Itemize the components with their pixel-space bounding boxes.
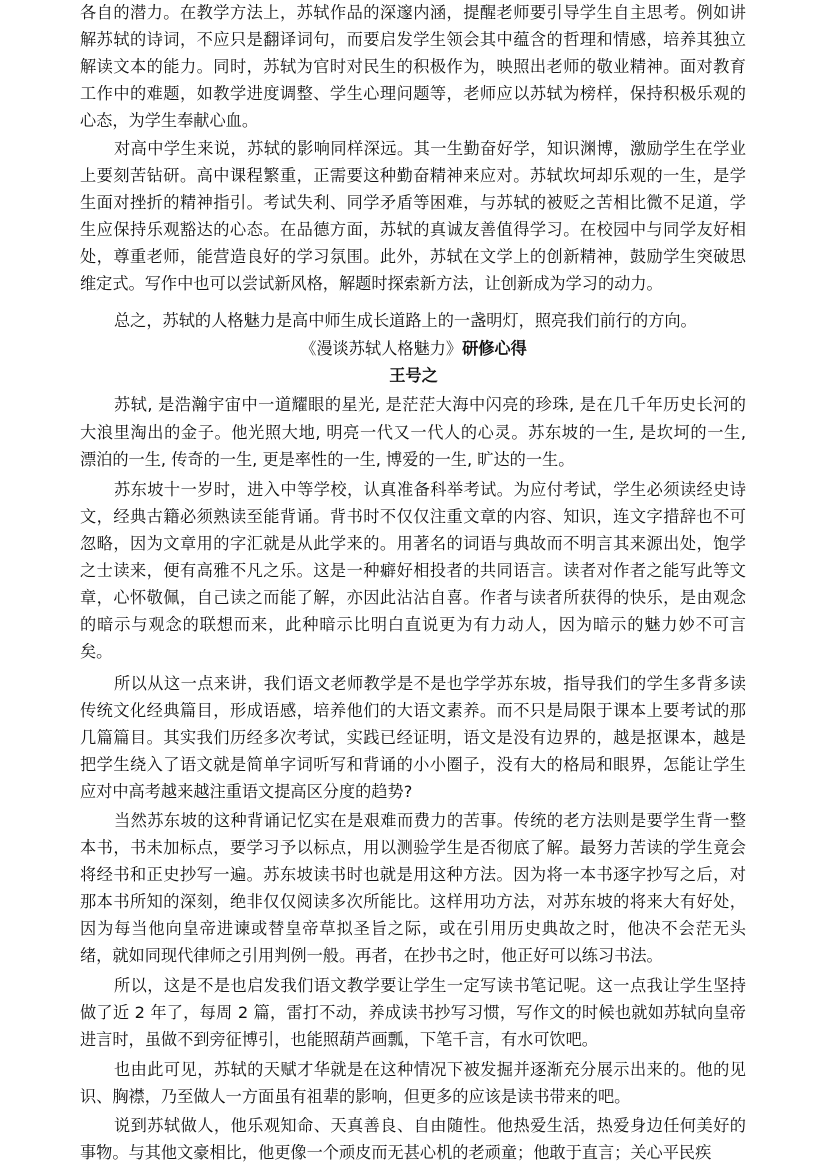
title-regular: 《漫谈苏轼人格魅力》 <box>300 339 462 358</box>
text-line: 绪，就如同现代律师之引用判例一般。再者，在抄书之时，他正好可以练习书法。 <box>80 943 746 969</box>
text-line: 做了近 2 年了，每周 2 篇，雷打不动，养成读书抄写习惯，写作文的时候也就如苏… <box>80 1000 746 1026</box>
text-line: 本书，书未加标点，要学习予以标点，用以测验学生是否彻底了解。最努力苦读的学生竟会 <box>80 835 746 861</box>
text-line: 解苏轼的诗词，不应只是翻译词句，而要启发学生领会其中蕴含的哲理和情感，培养其独立 <box>80 27 746 53</box>
text-line: 维定式。写作中也可以尝试新风格，解题时探索新方法，让创新成为学习的动力。 <box>80 271 746 297</box>
text-line: 传统文化经典篇目，形成语感，培养他们的大语文素养。而不只是局限于课本上要考试的那 <box>80 698 746 724</box>
text-line: 工作中的难题，如教学进度调整、学生心理问题等，老师应以苏轼为榜样，保持积极乐观的 <box>80 81 746 107</box>
text-line: 的暗示与观念的联想而来，此种暗示比明白直说更为有力动人，因为暗示的魅力妙不可言 <box>80 612 746 638</box>
text-line: 把学生绕入了语文就是简单字词听写和背诵的小小圈子，没有大的格局和眼界，怎能让学生 <box>80 752 746 778</box>
text-line: 上要刻苦钻研。高中课程繁重，正需要这种勤奋精神来应对。苏轼坎坷却乐观的一生，是学 <box>80 163 746 189</box>
text-line: 因为每当他向皇帝进谏或替皇帝草拟圣旨之际，或在引用历史典故之时，他决不会茫无头 <box>80 916 746 942</box>
text-line: 苏轼, 是浩瀚宇宙中一道耀眼的星光, 是茫茫大海中闪亮的珍珠, 是在几千年历史长… <box>114 392 746 418</box>
text-line: 对高中学生来说，苏轼的影响同样深远。其一生勤奋好学，知识渊博，激励学生在学业 <box>114 136 746 162</box>
text-line: 心态，为学生奉献心血。 <box>80 108 746 134</box>
text-line: 说到苏轼做人，他乐观知命、天真善良、自由随性。他热爱生活，热爱身边任何美好的 <box>114 1113 746 1139</box>
text-line: 所以从这一点来讲，我们语文老师教学是不是也学学苏东坡，指导我们的学生多背多读 <box>114 671 746 697</box>
text-line: 生应保持乐观豁达的心态。在品德方面，苏轼的真诚友善值得学习。在校园中与同学友好相 <box>80 217 746 243</box>
article-author: 王号之 <box>0 363 827 389</box>
text-line: 将经书和正史抄写一遍。苏东坡读书时也就是用这种方法。因为将一本书逐字抄写之后，对 <box>80 862 746 888</box>
text-line: 当然苏东坡的这种背诵记忆实在是艰难而费力的苦事。传统的老方法则是要学生背一整 <box>114 808 746 834</box>
text-line: 应对中高考越来越注重语文提高区分度的趋势? <box>80 779 746 805</box>
text-line: 处，尊重老师，能营造良好的学习氛围。此外，苏轼在文学上的创新精神，鼓励学生突破思 <box>80 244 746 270</box>
text-line: 进言时，虽做不到旁征博引，也能照葫芦画瓢，下笔千言，有水可饮吧。 <box>80 1027 746 1053</box>
text-line: 所以，这是不是也启发我们语文教学要让学生一定写读书笔记呢。这一点我让学生坚持 <box>114 973 746 999</box>
text-line: 那本书所知的深刻，绝非仅仅阅读多次所能比。这样用功方法，对苏东坡的将来大有好处， <box>80 889 746 915</box>
text-line: 苏东坡十一岁时，进入中等学校，认真准备科举考试。为应付考试，学生必须读经史诗 <box>114 477 746 503</box>
text-line: 生面对挫折的精神指引。考试失利、同学矛盾等困难，与苏轼的被贬之苦相比微不足道，学 <box>80 190 746 216</box>
text-line: 漂泊的一生, 传奇的一生, 更是率性的一生, 博爱的一生, 旷达的一生。 <box>80 447 746 473</box>
title-bold: 研修心得 <box>462 339 527 358</box>
text-line: 总之，苏轼的人格魅力是高中师生成长道路上的一盏明灯，照亮我们前行的方向。 <box>114 308 746 334</box>
text-line: 识、胸襟，乃至做人一方面虽有祖辈的影响，但更多的应该是读书带来的吧。 <box>80 1084 746 1110</box>
text-line: 事物。与其他文豪相比，他更像一个顽皮而无甚心机的老顽童；他敢于直言；关心平民疾 <box>80 1140 746 1166</box>
text-line: 文，经典古籍必须熟读至能背诵。背书时不仅仅注重文章的内容、知识，连文字措辞也不可 <box>80 504 746 530</box>
text-line: 章，心怀敬佩，自己读之而能了解，亦因此沾沾自喜。作者与读者所获得的快乐，是由观念 <box>80 585 746 611</box>
article-title: 《漫谈苏轼人格魅力》研修心得 <box>0 336 827 362</box>
text-line: 也由此可见，苏轼的天赋才华就是在这种情况下被发掘并逐渐充分展示出来的。他的见 <box>114 1057 746 1083</box>
text-line: 大浪里淘出的金子。他光照大地, 明亮一代又一代人的心灵。苏东坡的一生, 是坎坷的… <box>80 420 746 446</box>
document-page: 各自的潜力。在教学方法上，苏轼作品的深邃内涵，提醒老师要引导学生自主思考。例如讲… <box>0 0 827 1170</box>
text-line: 矣。 <box>80 639 746 665</box>
text-line: 解读文本的能力。同时，苏轼为官时对民生的积极作为，映照出老师的敬业精神。面对教育 <box>80 54 746 80</box>
text-line: 几篇篇目。其实我们历经多次考试，实践已经证明，语文是没有边界的，越是抠课本，越是 <box>80 725 746 751</box>
text-line: 忽略，因为文章用的字汇就是从此学来的。用著名的词语与典故而不明言其来源出处，饱学 <box>80 531 746 557</box>
text-line: 之士读来，便有高雅不凡之乐。这是一种癖好相投者的共同语言。读者对作者之能写此等文 <box>80 558 746 584</box>
text-line: 各自的潜力。在教学方法上，苏轼作品的深邃内涵，提醒老师要引导学生自主思考。例如讲 <box>80 0 746 26</box>
